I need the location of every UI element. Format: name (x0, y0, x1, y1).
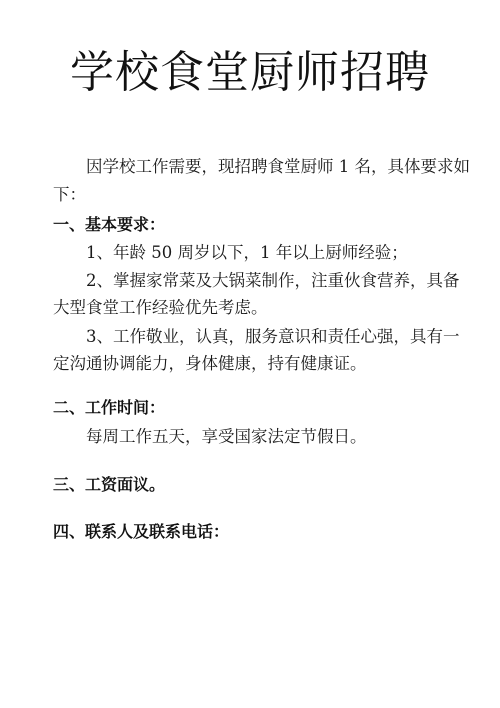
document-title: 学校食堂厨师招聘 (0, 44, 500, 102)
intro-line-1: 因学校工作需要，现招聘食堂厨师 1 名，具体要求如 (86, 156, 486, 178)
section-heading-requirements: 一、基本要求： (53, 214, 453, 236)
section-heading-contact: 四、联系人及联系电话： (53, 521, 453, 543)
section-heading-work-hours: 二、工作时间： (53, 397, 453, 419)
document-page: 学校食堂厨师招聘 因学校工作需要，现招聘食堂厨师 1 名，具体要求如 下： 一、… (0, 0, 500, 708)
requirement-item-2-line-2: 大型食堂工作经验优先考虑。 (53, 297, 453, 319)
requirement-item-3-line-2: 定沟通协调能力，身体健康，持有健康证。 (53, 353, 453, 375)
work-hours-text: 每周工作五天，享受国家法定节假日。 (86, 426, 486, 448)
requirement-item-2-line-1: 2、掌握家常菜及大锅菜制作，注重伙食营养，具备 (86, 270, 486, 292)
requirement-item-3-line-1: 3、工作敬业，认真，服务意识和责任心强，具有一 (86, 326, 486, 348)
intro-line-2: 下： (53, 184, 453, 206)
requirement-item-1: 1、年龄 50 周岁以下，1 年以上厨师经验； (86, 242, 486, 264)
section-heading-salary: 三、工资面议。 (53, 474, 453, 496)
